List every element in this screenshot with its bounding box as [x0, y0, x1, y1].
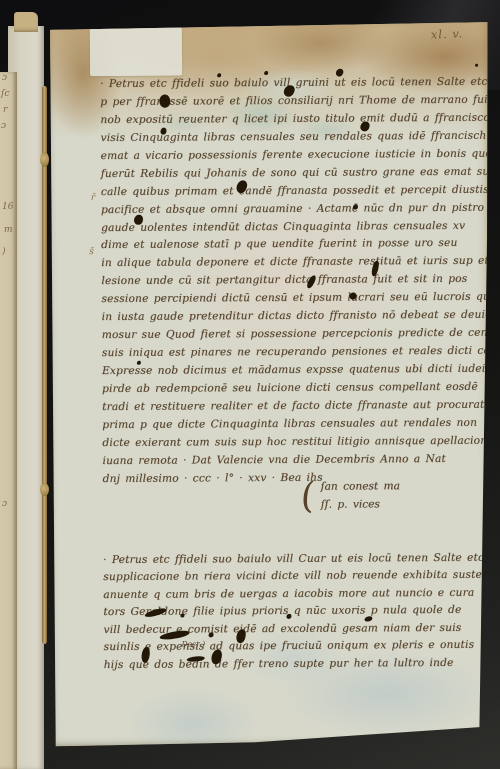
ink-blot [475, 64, 478, 67]
manuscript-line: anuente q cum bris de uergas a iacobis m… [103, 585, 478, 605]
manuscript-line: nob expositū reuenter q licet ipi iusto … [100, 110, 475, 130]
manuscript-line: dime et ualenose statī p que uendite fue… [101, 235, 476, 255]
manuscript-line: · Petrus etc ffideli suo baiulo vill Cua… [103, 550, 478, 570]
ink-blot [160, 128, 166, 135]
manuscript-line: supplicacione bn riera vicini dicte vill… [103, 567, 478, 587]
manuscript-line: fuerūt Rebilis qui Johanis de sono qui c… [101, 163, 476, 183]
leaf-script-fragment: r [3, 106, 7, 115]
manuscript-line: sessione percipiendi dictū censū et ipsu… [101, 289, 476, 309]
manuscript-line: in alique tabula deponere et dicte ffran… [101, 253, 476, 273]
leaf-script-fragment: ɔ [1, 122, 6, 131]
manuscript-line: pacifice et absque omni grauamine · Acta… [101, 199, 476, 219]
manuscript-line: lesione unde cū sit pertangitur dicta ff… [101, 271, 476, 291]
binding-thread-knot [40, 483, 49, 496]
manuscript-line: tradi et restituere realiter et de facto… [102, 397, 477, 417]
chancery-subscription: ( ſan conest ma ſſ. p. vices [301, 476, 471, 539]
margin-mark: r̃ [91, 193, 95, 203]
leaf-script-fragment: 16 [2, 203, 13, 212]
manuscript-line: dicte exierant cum suis sup hoc restitui… [102, 432, 477, 452]
ink-blot [217, 73, 221, 77]
manuscript-line: suis iniqua est pinares ne recuperando p… [102, 343, 477, 363]
folio-number: xl. v. [430, 26, 463, 41]
manuscript-line: prima p que dicte Cinquaginta libras cen… [102, 415, 477, 435]
leaf-script-fragment: m [4, 226, 13, 235]
older-leaf-strip: ɔ ſc r ɔ 16 m ) ɔ [0, 72, 17, 769]
manuscript-page: xl. v. r̃ s̃ · Petrus etc ffideli suo ba… [48, 21, 493, 747]
leaf-script-fragment: ɔ [2, 500, 7, 509]
leaf-script-fragment: ) [2, 248, 6, 257]
ink-blot [349, 292, 356, 299]
binding-thread [42, 86, 47, 644]
ink-blot [137, 361, 141, 365]
manuscript-line: calle quibus primam et eandē ffranasta p… [101, 181, 476, 201]
manuscript-line: suinlis e expensis ad quas ipe fruciuū o… [104, 637, 479, 657]
ink-blot [353, 204, 358, 209]
manuscript-line: Expresse nob dicimus et mādamus expsse q… [102, 361, 477, 381]
ink-blot [264, 71, 268, 75]
margin-mark: s̃ [89, 247, 94, 257]
letter-1-text: · Petrus etc ffideli suo baiulo vill gru… [100, 74, 478, 489]
interlinear-insertion: Decr ) [182, 639, 206, 648]
manuscript-line: iuana remota · Dat Valencie vna die Dece… [102, 450, 477, 470]
binding-thread-knot [40, 152, 49, 167]
ink-blot [180, 614, 184, 618]
ink-blot [134, 215, 143, 225]
manuscript-line: hijs que dos bedin de ffer treno supte p… [104, 654, 479, 674]
manuscript-line: visis Cinquaginta libras censuales seu r… [100, 128, 475, 148]
leaf-corner-tab [14, 12, 38, 32]
manuscript-line: emat a vicario possessionis ferente exec… [101, 145, 476, 165]
manuscript-line: in iusta gaude pretenditur dictas dicto … [102, 307, 477, 327]
manuscript-line: pirde ab redempcionē seu luicione dicti … [102, 379, 477, 399]
subscription-line: ſſ. p. vices [321, 498, 380, 510]
leaf-script-fragment: ſc [1, 90, 9, 99]
ink-blot [209, 632, 214, 637]
manuscript-line: gaude uolentes intendūt dictas Cinquagin… [101, 217, 476, 237]
manuscript-line: mosur sue Quod fieret si possessione per… [102, 325, 477, 345]
leaf-script-fragment: ɔ [2, 74, 7, 83]
repair-patch [90, 28, 182, 77]
subscription-bracket-flourish: ( [299, 478, 317, 515]
subscription-line: ſan conest ma [321, 480, 400, 492]
ink-blot [286, 614, 291, 619]
